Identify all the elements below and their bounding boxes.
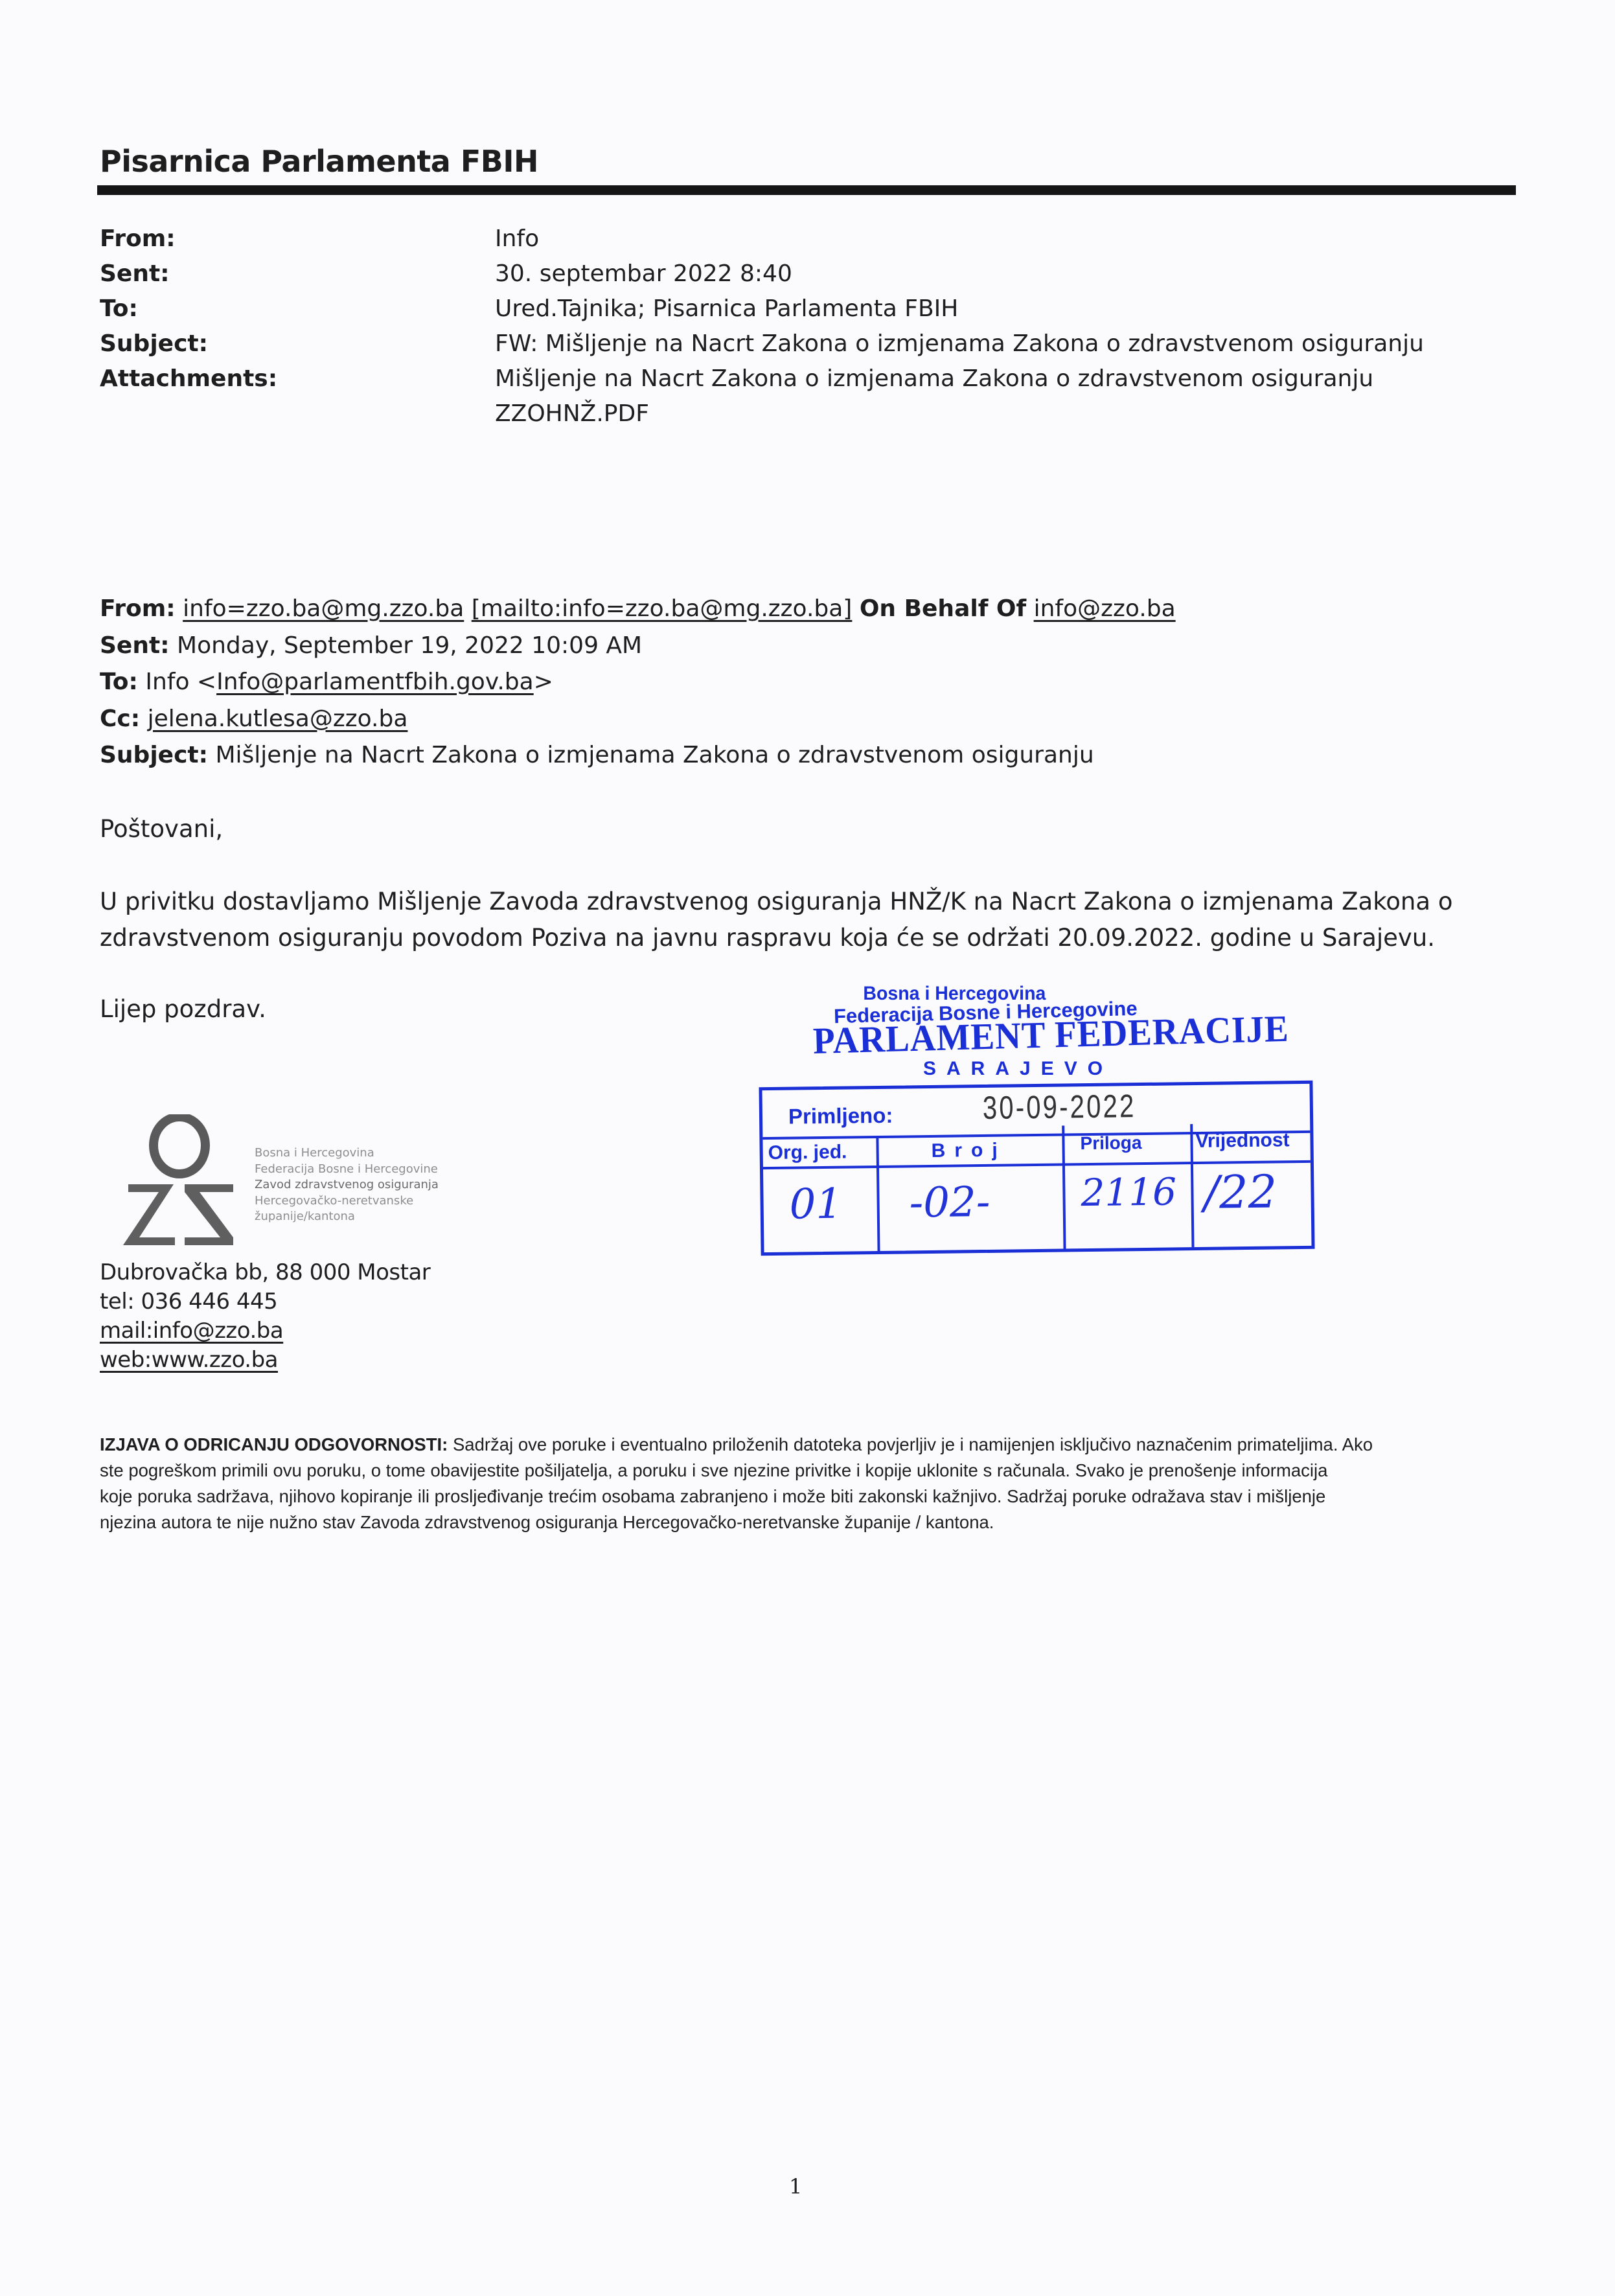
attachment-name-line1: Mišljenje na Nacrt Zakona o izmjenama Za…: [495, 365, 1373, 392]
fwd-cc-row: Cc: jelena.kutlesa@zzo.ba: [100, 701, 1176, 738]
fwd-subject-label: Subject:: [100, 742, 208, 768]
sent-label: Sent:: [100, 257, 495, 292]
fwd-sent-label: Sent:: [100, 632, 170, 659]
closing: Lijep pozdrav.: [100, 991, 266, 1027]
page-number: 1: [789, 2174, 802, 2199]
zzo-logo-icon: [123, 1114, 236, 1250]
org-line: Hercegovačko-neretvanske: [255, 1193, 439, 1210]
subject-label: Subject:: [100, 327, 495, 362]
stamp-received-date: 30-09-2022: [983, 1087, 1136, 1127]
fwd-from-label: From:: [100, 595, 176, 622]
body-paragraph: U privitku dostavljamo Mišljenje Zavoda …: [100, 884, 1452, 956]
fwd-subject-row: Subject: Mišljenje na Nacrt Zakona o izm…: [100, 737, 1176, 774]
sent-value: 30. septembar 2022 8:40: [495, 257, 1531, 292]
stamp-col-org: Org. jed.: [768, 1142, 847, 1164]
fwd-from-row: From: info=zzo.ba@mg.zzo.ba [mailto:info…: [100, 591, 1176, 628]
stamp-col-divider: [1062, 1125, 1066, 1248]
body-paragraph-line1: U privitku dostavljamo Mišljenje Zavoda …: [100, 884, 1452, 920]
signature-org-lines: Bosna i Hercegovina Federacija Bosne i H…: [255, 1145, 439, 1225]
org-line: Bosna i Hercegovina: [255, 1145, 439, 1162]
fwd-to-row: To: Info <Info@parlamentfbih.gov.ba>: [100, 664, 1176, 701]
disclaimer-line2: ste pogreškom primili ovu poruku, o tome…: [100, 1458, 1512, 1484]
stamp-val-vrijednost: /22: [1204, 1165, 1277, 1219]
disclaimer-line3: koje poruka sadržava, njihovo kopiranje …: [100, 1484, 1512, 1510]
fwd-to-link[interactable]: Info@parlamentfbih.gov.ba: [216, 669, 534, 695]
header-attachments-row: Attachments: Mišljenje na Nacrt Zakona o…: [100, 362, 1531, 431]
header-to-row: To: Ured.Tajnika; Pisarnica Parlamenta F…: [100, 292, 1531, 327]
fwd-sent-row: Sent: Monday, September 19, 2022 10:09 A…: [100, 628, 1176, 665]
org-line: Federacija Bosne i Hercegovine: [255, 1162, 439, 1178]
attachments-label: Attachments:: [100, 362, 495, 431]
to-value: Ured.Tajnika; Pisarnica Parlamenta FBIH: [495, 292, 1531, 327]
stamp-val-priloga: 2116: [1081, 1169, 1176, 1215]
fwd-to-name: Info <: [145, 669, 216, 695]
document-title: Pisarnica Parlamenta FBIH: [100, 144, 538, 179]
title-divider: [97, 185, 1516, 195]
disclaimer: IZJAVA O ODRICANJU ODGOVORNOSTI: Sadržaj…: [100, 1432, 1512, 1535]
fwd-cc-label: Cc:: [100, 706, 140, 732]
from-value: Info: [495, 222, 1531, 257]
signature-tel: tel: 036 446 445: [100, 1287, 430, 1316]
received-stamp: Bosna i Hercegovina Federacija Bosne i H…: [755, 975, 1318, 1254]
on-behalf-label: On Behalf Of: [860, 595, 1026, 622]
forwarded-header: From: info=zzo.ba@mg.zzo.ba [mailto:info…: [100, 591, 1176, 774]
stamp-col-divider: [1190, 1124, 1194, 1247]
stamp-col-broj: Broj: [931, 1140, 1006, 1162]
signature-address: Dubrovačka bb, 88 000 Mostar: [100, 1258, 430, 1287]
fwd-cc-link[interactable]: jelena.kutlesa@zzo.ba: [148, 706, 408, 732]
body-paragraph-line2: zdravstvenom osiguranju povodom Poziva n…: [100, 920, 1452, 956]
stamp-val-broj: -02-: [909, 1178, 991, 1228]
stamp-col-divider: [876, 1136, 880, 1251]
stamp-received-label: Primljeno:: [788, 1103, 893, 1129]
fwd-to-close: >: [534, 669, 553, 695]
signature-web-link[interactable]: web:www.zzo.ba: [100, 1347, 278, 1373]
org-line: županije/kantona: [255, 1209, 439, 1225]
attachment-name-line2: ZZOHNŽ.PDF: [495, 400, 649, 427]
header-subject-row: Subject: FW: Mišljenje na Nacrt Zakona o…: [100, 327, 1531, 362]
fwd-to-label: To:: [100, 669, 138, 695]
disclaimer-line4: njezina autora te nije nužno stav Zavoda…: [100, 1510, 1512, 1535]
stamp-col-priloga: Priloga: [1080, 1132, 1141, 1154]
fwd-sent-value: Monday, September 19, 2022 10:09 AM: [177, 632, 642, 659]
disclaimer-line1: IZJAVA O ODRICANJU ODGOVORNOSTI: Sadržaj…: [100, 1432, 1512, 1458]
header-from-row: From: Info: [100, 222, 1531, 257]
stamp-line4: SARAJEVO: [923, 1058, 1113, 1080]
stamp-col-vrijednost: Vrijednost: [1195, 1129, 1289, 1153]
fwd-subject-value: Mišljenje na Nacrt Zakona o izmjenama Za…: [215, 742, 1094, 768]
to-label: To:: [100, 292, 495, 327]
subject-value: FW: Mišljenje na Nacrt Zakona o izmjenam…: [495, 327, 1531, 362]
on-behalf-link[interactable]: info@zzo.ba: [1034, 595, 1176, 622]
stamp-table: Primljeno: 30-09-2022 Org. jed. Broj Pri…: [759, 1081, 1314, 1256]
from-label: From:: [100, 222, 495, 257]
disclaimer-heading: IZJAVA O ODRICANJU ODGOVORNOSTI:: [100, 1434, 448, 1454]
signature-mail-link[interactable]: mail:info@zzo.ba: [100, 1318, 283, 1344]
org-line: Zavod zdravstvenog osiguranja: [255, 1177, 439, 1193]
attachment-file[interactable]: Mišljenje na Nacrt Zakona o izmjenama Za…: [495, 362, 1531, 431]
fwd-from-link[interactable]: info=zzo.ba@mg.zzo.ba: [183, 595, 464, 622]
email-header: From: Info Sent: 30. septembar 2022 8:40…: [100, 222, 1531, 431]
fwd-mailto-link[interactable]: [mailto:info=zzo.ba@mg.zzo.ba]: [472, 595, 853, 622]
header-sent-row: Sent: 30. septembar 2022 8:40: [100, 257, 1531, 292]
stamp-val-org: 01: [789, 1180, 842, 1229]
signature-contact: Dubrovačka bb, 88 000 Mostar tel: 036 44…: [100, 1258, 430, 1375]
greeting: Poštovani,: [100, 811, 223, 847]
